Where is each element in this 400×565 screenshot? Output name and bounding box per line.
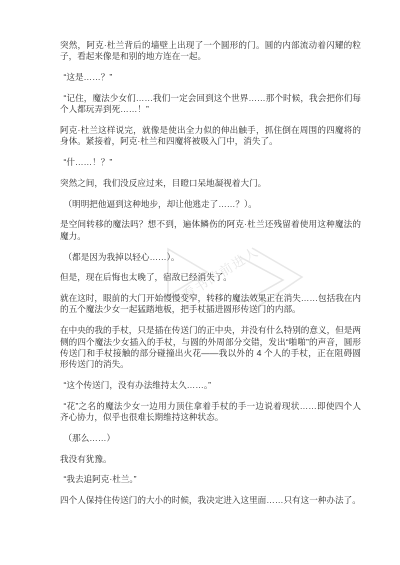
paragraph: 我没有犹豫。 <box>60 454 361 465</box>
paragraph: “记住，魔法少女们……我们一定会回到这个世界……那个时候，我会把你们每个人都玩弄… <box>60 93 361 116</box>
paragraph: “花”之名的魔法少女一边用力顶住拿着手杖的手一边说着现状……即使四个人齐心协力，… <box>60 401 361 424</box>
paragraph: “我去追阿克·杜兰。” <box>60 474 361 485</box>
paragraph: 但是，现在后悔也太晚了，宿敌已经消失了。 <box>60 272 361 283</box>
paragraph: （那么……） <box>60 433 361 444</box>
novel-page: 看书的前进人 突然，阿克·杜兰背后的墙壁上出现了一个圆形的门。圆的内部流动着闪耀… <box>0 0 400 565</box>
paragraph: 突然，阿克·杜兰背后的墙壁上出现了一个圆形的门。圆的内部流动着闪耀的粒子，看起来… <box>60 40 361 63</box>
paragraph: （都是因为我掉以轻心……）。 <box>60 252 361 263</box>
paragraph: 四个人保持住传送门的大小的时候，我决定进入这里面……只有这一种办法了。 <box>60 495 361 506</box>
paragraph: “这是……？” <box>60 72 361 83</box>
paragraph: 阿克·杜兰这样说完，就像是使出全力似的伸出触手，抓住倒在周围的四魔将的身体。紧接… <box>60 125 361 148</box>
paragraph: 突然之间，我们没反应过来，目瞪口呆地凝视着大门。 <box>60 178 361 189</box>
paragraph: 在中央的我的手杖，只是插在传送门的正中央，并没有什么特别的意义，但是两侧的四个魔… <box>60 325 361 370</box>
paragraph: “这个传送门，没有办法维持太久……。” <box>60 380 361 391</box>
paragraph: （明明把他逼到这种地步，却让他逃走了……？）。 <box>60 199 361 210</box>
paragraph: 就在这时，眼前的大门开始慢慢变窄，转移的魔法效果正在消失……包括我在内的五个魔法… <box>60 293 361 316</box>
text-content: 突然，阿克·杜兰背后的墙壁上出现了一个圆形的门。圆的内部流动着闪耀的粒子，看起来… <box>60 40 361 516</box>
paragraph: “什……！？” <box>60 157 361 168</box>
paragraph: 是空间转移的魔法吗？想不到，遍体鳞伤的阿克·杜兰还残留着使用这种魔法的魔力。 <box>60 219 361 242</box>
